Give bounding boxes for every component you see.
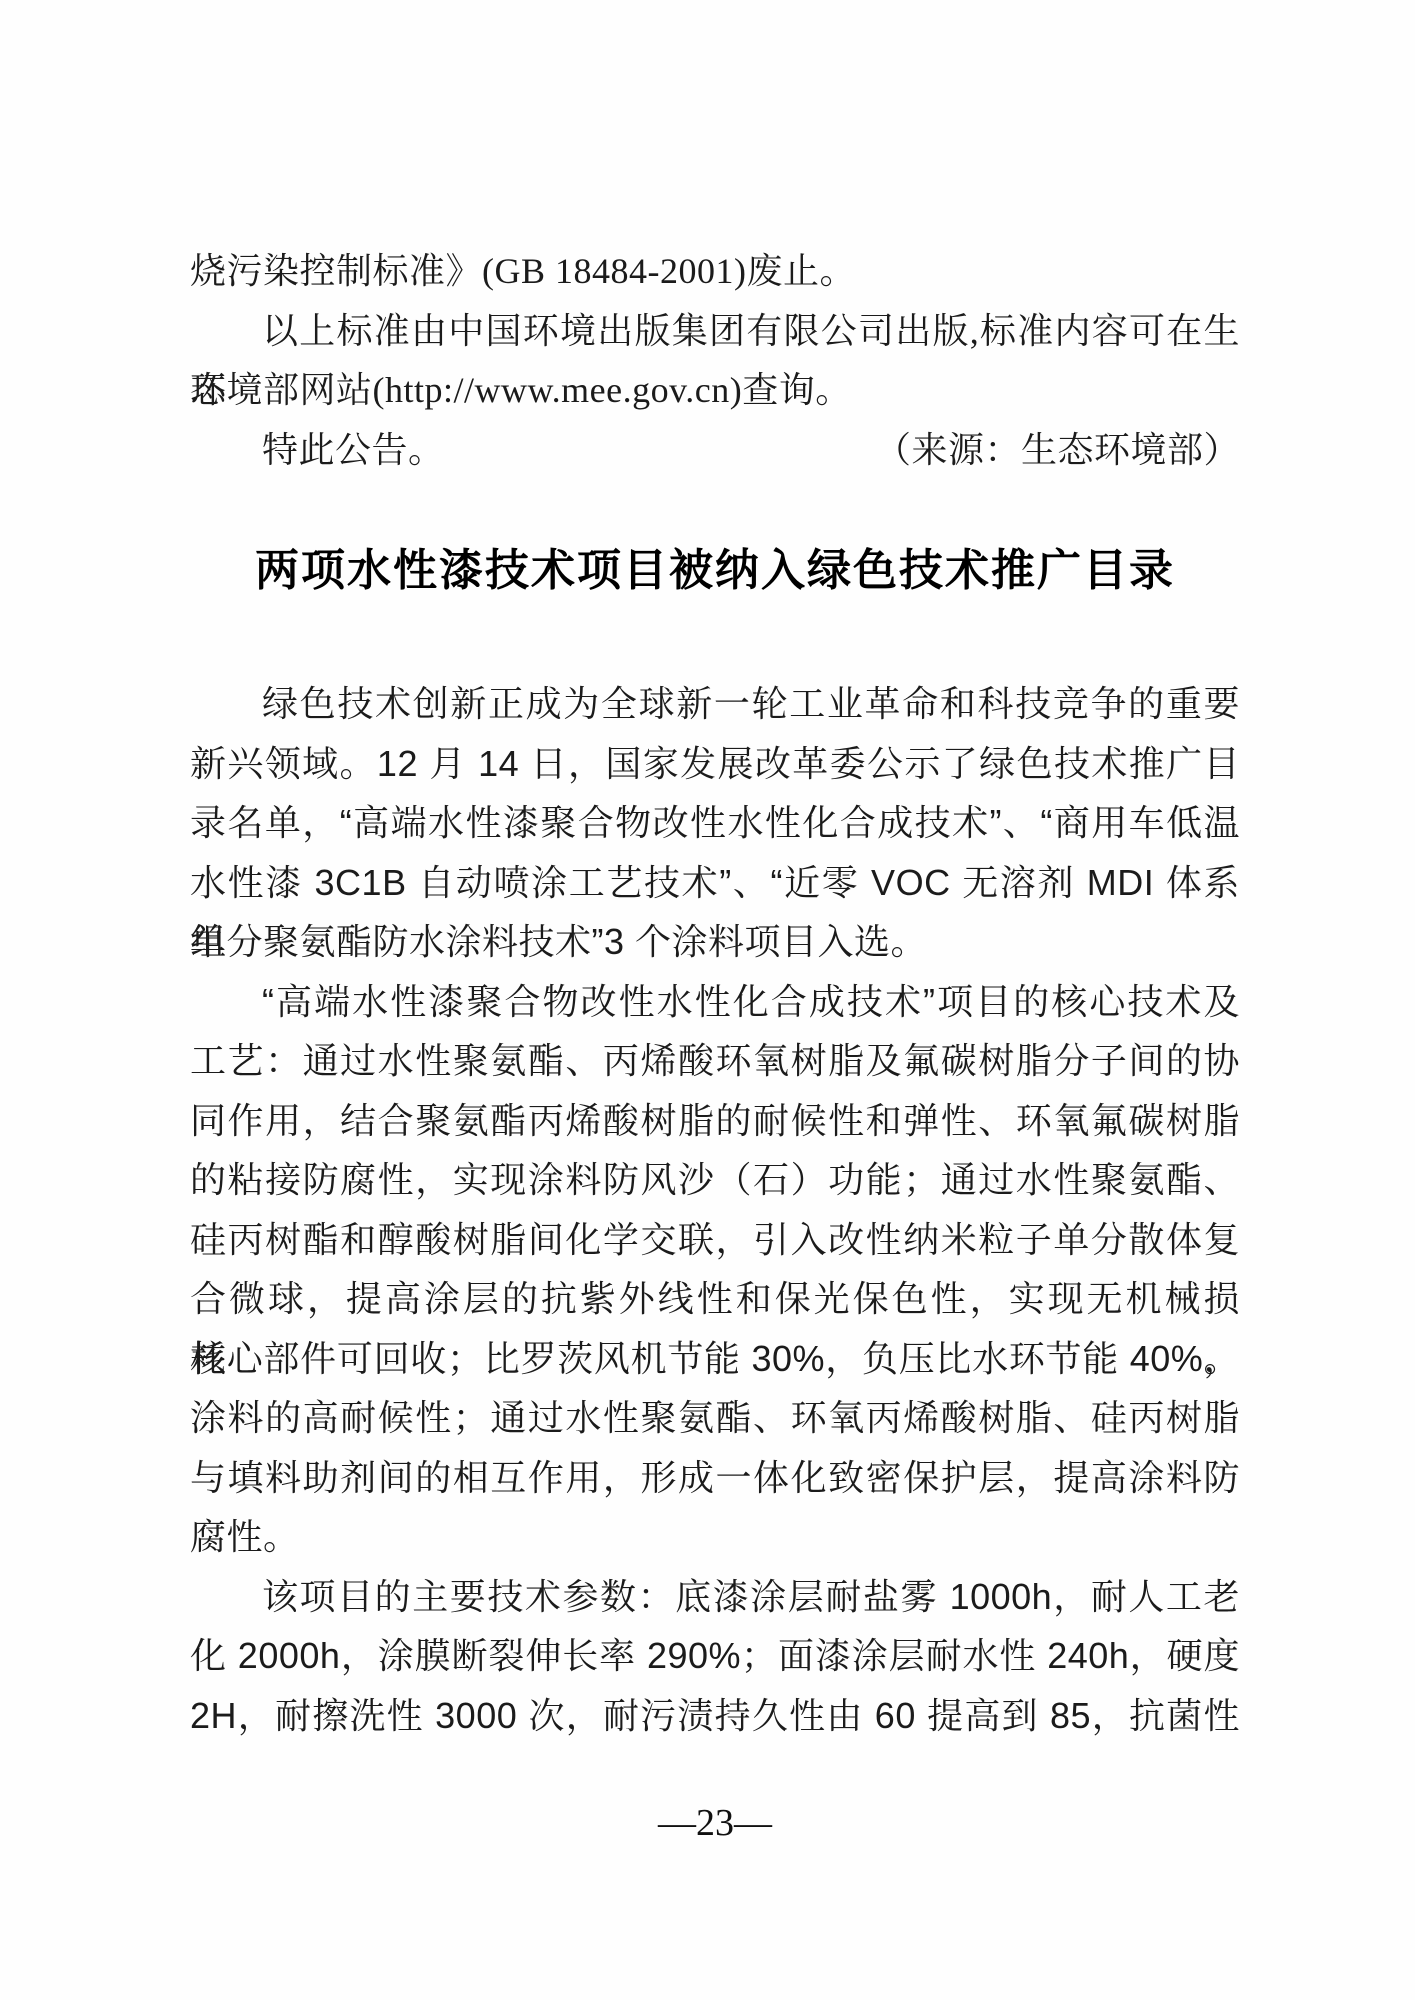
text-line: 与填料助剂间的相互作用，形成一体化致密保护层，提高涂料防	[190, 1448, 1240, 1508]
notice-text: 特此公告。	[190, 421, 445, 481]
text-line: 核心部件可回收；比罗茨风机节能 30%，负压比水环节能 40%。	[190, 1329, 1240, 1389]
text-line: 该项目的主要技术参数：底漆涂层耐盐雾 1000h，耐人工老	[190, 1567, 1240, 1627]
text-line: 组分聚氨酯防水涂料技术”3 个涂料项目入选。	[190, 912, 1240, 972]
text-line: 绿色技术创新正成为全球新一轮工业革命和科技竞争的重要	[190, 674, 1240, 734]
page-number: —23—	[190, 1794, 1240, 1852]
notice-line: 特此公告。 （来源：生态环境部）	[190, 421, 1240, 481]
text-line: “高端水性漆聚合物改性水性化合成技术”项目的核心技术及	[190, 972, 1240, 1032]
text-line: 的粘接防腐性，实现涂料防风沙（石）功能；通过水性聚氨酯、	[190, 1150, 1240, 1210]
text-line: 录名单，“高端水性漆聚合物改性水性化合成技术”、“商用车低温	[190, 793, 1240, 853]
text-line: 以上标准由中国环境出版集团有限公司出版,标准内容可在生态	[190, 302, 1240, 362]
text-line: 水性漆 3C1B 自动喷涂工艺技术”、“近零 VOC 无溶剂 MDI 体系单	[190, 853, 1240, 913]
text-line: 腐性。	[190, 1507, 1240, 1567]
text-line: 涂料的高耐候性；通过水性聚氨酯、环氧丙烯酸树脂、硅丙树脂	[190, 1388, 1240, 1448]
text-line: 环境部网站(http://www.mee.gov.cn)查询。	[190, 361, 1240, 421]
text-line: 新兴领域。12 月 14 日，国家发展改革委公示了绿色技术推广目	[190, 734, 1240, 794]
text-line: 2H，耐擦洗性 3000 次，耐污渍持久性由 60 提高到 85，抗菌性	[190, 1686, 1240, 1746]
document-content: 烧污染控制标准》(GB 18484-2001)废止。 以上标准由中国环境出版集团…	[190, 242, 1240, 1745]
text-line: 硅丙树酯和醇酸树脂间化学交联，引入改性纳米粒子单分散体复	[190, 1210, 1240, 1270]
text-line: 工艺：通过水性聚氨酯、丙烯酸环氧树脂及氟碳树脂分子间的协	[190, 1031, 1240, 1091]
text-line: 合微球，提高涂层的抗紫外线性和保光保色性，实现无机械损耗，	[190, 1269, 1240, 1329]
text-line: 同作用，结合聚氨酯丙烯酸树脂的耐候性和弹性、环氧氟碳树脂	[190, 1091, 1240, 1151]
article-title: 两项水性漆技术项目被纳入绿色技术推广目录	[190, 537, 1240, 605]
text-line: 烧污染控制标准》(GB 18484-2001)废止。	[190, 242, 1240, 302]
text-line: 化 2000h，涂膜断裂伸长率 290%；面漆涂层耐水性 240h，硬度	[190, 1626, 1240, 1686]
source-attribution: （来源：生态环境部）	[875, 421, 1240, 481]
document-page: 烧污染控制标准》(GB 18484-2001)废止。 以上标准由中国环境出版集团…	[0, 0, 1415, 2000]
